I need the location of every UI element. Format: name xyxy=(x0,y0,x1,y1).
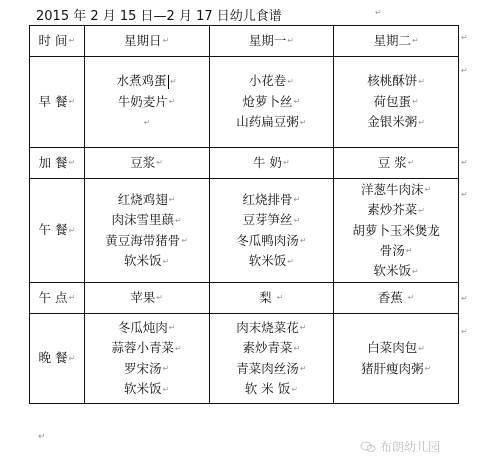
meal-cell[interactable]: 肉末烧菜花↵ 素炒青菜↵ 青菜肉丝汤↵ 软 米 饭↵ xyxy=(209,314,334,404)
row-label: 午 餐↵ xyxy=(30,179,85,283)
title-text: 2015 年 2 月 15 日—2 月 17 日幼儿食谱 xyxy=(36,9,282,24)
meal-cell[interactable]: 梨 ↵ xyxy=(209,283,334,314)
row-label: 加 餐↵ xyxy=(30,148,85,179)
menu-table: 时 间↵ 星期日↵ 星期一↵ 星期二↵ 早 餐↵ 水煮鸡蛋↵ 牛奶麦片↵ ↵ 小… xyxy=(29,25,459,404)
paragraph-mark-icon: ↵ xyxy=(375,8,382,17)
watermark: 布朗幼儿园 xyxy=(360,438,440,455)
row-end-mark-icon: ↵ xyxy=(461,327,468,336)
paragraph-mark-icon: ↵ xyxy=(38,432,46,442)
wechat-icon xyxy=(360,441,376,453)
text-cursor xyxy=(168,75,170,89)
meal-cell[interactable]: 牛 奶↵ xyxy=(209,148,334,179)
meal-cell[interactable]: 水煮鸡蛋↵ 牛奶麦片↵ ↵ xyxy=(84,57,209,148)
meal-cell[interactable]: 核桃酥饼↵ 荷包蛋↵ 金银米粥↵ xyxy=(334,57,459,148)
document-title: 2015 年 2 月 15 日—2 月 17 日幼儿食谱 xyxy=(36,5,282,24)
meal-cell[interactable]: 豆 浆↵ xyxy=(334,148,459,179)
watermark-text: 布朗幼儿园 xyxy=(380,438,440,455)
table-row-lunch: 午 餐↵ 红烧鸡翅↵ 肉沫雪里蕻↵ 黄豆海带猪骨↵ 软米饭↵ 红烧排骨↵ 豆芽笋… xyxy=(30,179,459,283)
table-row-snack: 加 餐↵ 豆浆↵ 牛 奶↵ 豆 浆↵ xyxy=(30,148,459,179)
row-label: 午 点↵ xyxy=(30,283,85,314)
row-end-mark-icon: ↵ xyxy=(461,158,468,167)
meal-cell[interactable]: 洋葱牛肉沫↵ 素炒芥菜↵ 胡萝卜玉米煲龙 骨汤↵ 软米饭↵ xyxy=(334,179,459,283)
header-day-monday: 星期一↵ xyxy=(209,26,334,57)
table-row-afternoon-snack: 午 点↵ 苹果↵ 梨 ↵ 香蕉 ↵ xyxy=(30,283,459,314)
table-row-dinner: 晚 餐↵ 冬瓜炖肉↵ 蒜蓉小青菜↵ 罗宋汤↵ 软米饭↵ 肉末烧菜花↵ 素炒青菜↵… xyxy=(30,314,459,404)
row-end-mark-icon: ↵ xyxy=(461,33,468,42)
meal-cell[interactable]: 香蕉 ↵ xyxy=(334,283,459,314)
meal-cell[interactable]: 小花卷↵ 炝萝卜丝↵ 山药扁豆粥↵ xyxy=(209,57,334,148)
header-day-sunday: 星期日↵ xyxy=(84,26,209,57)
row-end-mark-icon: ↵ xyxy=(461,190,468,199)
meal-cell[interactable]: 红烧鸡翅↵ 肉沫雪里蕻↵ 黄豆海带猪骨↵ 软米饭↵ xyxy=(84,179,209,283)
header-day-tuesday: 星期二↵ xyxy=(334,26,459,57)
meal-cell[interactable]: 红烧排骨↵ 豆芽笋丝↵ 冬瓜鸭肉汤↵ 软米饭↵ xyxy=(209,179,334,283)
meal-cell[interactable]: 冬瓜炖肉↵ 蒜蓉小青菜↵ 罗宋汤↵ 软米饭↵ xyxy=(84,314,209,404)
row-end-mark-icon: ↵ xyxy=(461,66,468,75)
meal-cell[interactable]: 豆浆↵ xyxy=(84,148,209,179)
row-end-mark-icon: ↵ xyxy=(461,294,468,303)
header-time: 时 间↵ xyxy=(30,26,85,57)
table-row-breakfast: 早 餐↵ 水煮鸡蛋↵ 牛奶麦片↵ ↵ 小花卷↵ 炝萝卜丝↵ 山药扁豆粥↵ 核桃酥… xyxy=(30,57,459,148)
meal-cell[interactable]: 苹果↵ xyxy=(84,283,209,314)
meal-cell[interactable]: 白菜肉包↵ 猪肝瘦肉粥↵ xyxy=(334,314,459,404)
row-label: 晚 餐↵ xyxy=(30,314,85,404)
table-header-row: 时 间↵ 星期日↵ 星期一↵ 星期二↵ xyxy=(30,26,459,57)
row-label: 早 餐↵ xyxy=(30,57,85,148)
